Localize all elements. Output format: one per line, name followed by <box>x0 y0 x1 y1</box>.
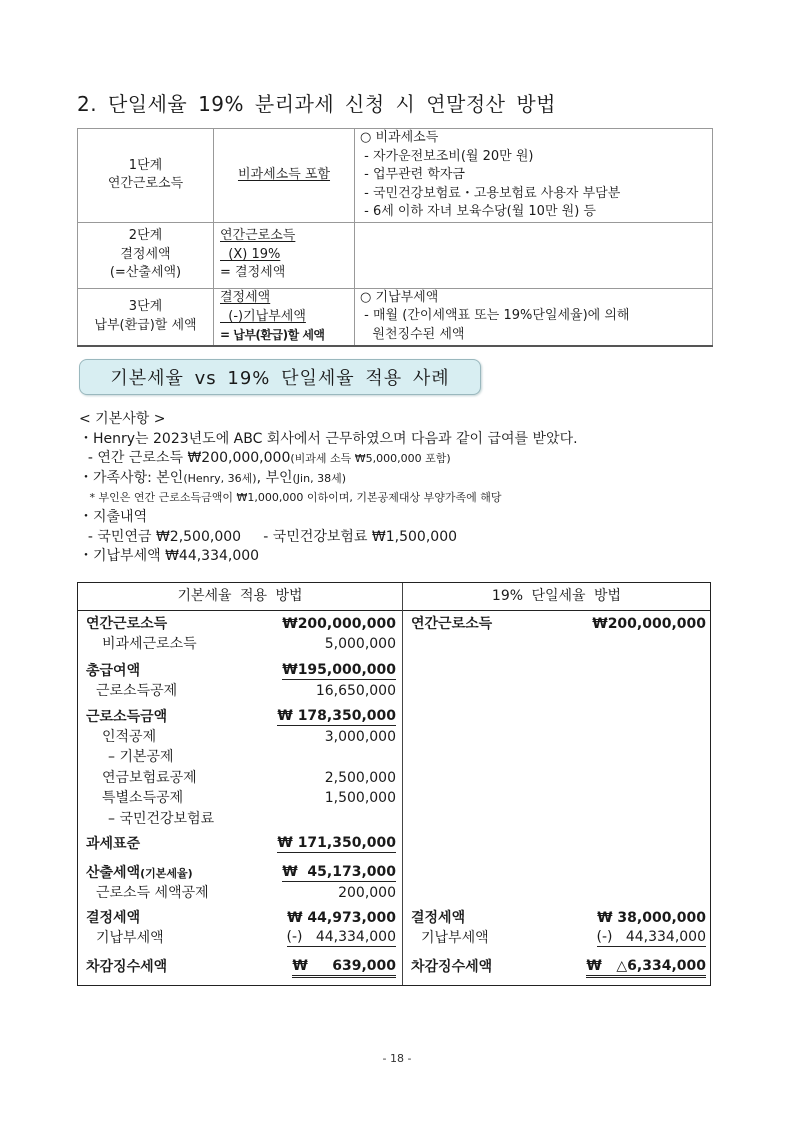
step-desc: 결정세액 <box>78 246 213 265</box>
row-value: ₩ 639,000 <box>292 957 396 978</box>
step-label: 1단계 <box>78 157 213 176</box>
step-desc: 납부(환급)할 세액 <box>78 317 213 336</box>
table-row: 연금보험료공제2,500,000 <box>86 768 396 788</box>
row-value: ₩200,000,000 <box>592 614 706 634</box>
formula-line: 결정세액 <box>220 290 270 305</box>
formula-line: 비과세소득 포함 <box>238 167 330 182</box>
steps-table: 1단계 연간근로소득 비과세소득 포함 ○ 비과세소득 - 자가운전보조비(월 … <box>77 128 713 347</box>
family-text: , 부인 <box>257 470 293 486</box>
label-note: (기본세율) <box>140 867 193 880</box>
table-row: – 국민건강보험료 <box>86 809 396 829</box>
formula-cell: 결정세액 (-)기납부세액 = 납부(환급)할 세액 <box>214 288 355 346</box>
row-label: 과세표준 <box>86 834 140 854</box>
formula-line: = 납부(환급)할 세액 <box>220 326 354 345</box>
table-row: 3단계 납부(환급)할 세액 결정세액 (-)기납부세액 = 납부(환급)할 세… <box>78 288 713 346</box>
table-row: 비과세근로소득5,000,000 <box>86 634 396 654</box>
row-label: 산출세액(기본세율) <box>86 863 193 884</box>
section-banner: 기본세율 vs 19% 단일세율 적용 사례 <box>79 359 481 395</box>
note-line: - 매월 (간이세액표 또는 19%단일세율)에 의해 <box>360 307 712 326</box>
row-label: 근로소득금액 <box>86 707 167 727</box>
row-label: 특별소득공제 <box>102 788 183 808</box>
table-row: 기납부세액(-) 44,334,000 <box>411 928 706 948</box>
label-main: 산출세액 <box>86 865 140 881</box>
table-row: 인적공제3,000,000 <box>86 727 396 747</box>
row-value: 2,500,000 <box>325 768 396 788</box>
facts-footnote: * 부인은 연간 근로소득금액이 ₩1,000,000 이하이며, 기본공제대상… <box>79 488 578 508</box>
row-value: (-) 44,334,000 <box>287 928 396 947</box>
facts-line: - 국민연금 ₩2,500,000 - 국민건강보험료 ₩1,500,000 <box>79 528 578 548</box>
note-line: 원천징수된 세액 <box>360 326 712 345</box>
table-row: 특별소득공제1,500,000 <box>86 788 396 808</box>
note-line: ○ 기납부세액 <box>360 289 712 308</box>
family-text: ・가족사항: 본인 <box>79 470 183 486</box>
row-label: 총급여액 <box>86 661 140 681</box>
table-row: 1단계 연간근로소득 비과세소득 포함 ○ 비과세소득 - 자가운전보조비(월 … <box>78 129 713 223</box>
row-label: 결정세액 <box>411 908 465 928</box>
formula-line: 연간근로소득 <box>220 228 295 243</box>
table-row: 근로소득공제16,650,000 <box>86 681 396 701</box>
note-line: - 업무관련 학자금 <box>360 166 712 185</box>
table-row: 근로소득금액₩ 178,350,000 <box>86 707 396 727</box>
table-row: 차감징수세액₩ 639,000 <box>86 957 396 977</box>
right-column-header: 19% 단일세율 방법 <box>403 583 710 611</box>
row-label: – 기본공제 <box>108 747 174 767</box>
formula-line: (-)기납부세액 <box>220 309 306 324</box>
facts-line: ・Henry는 2023년도에 ABC 회사에서 근무하였으며 다음과 같이 급… <box>79 430 578 450</box>
note-line: ○ 비과세소득 <box>360 129 712 148</box>
row-label: 연간근로소득 <box>86 614 167 634</box>
notes-cell: ○ 비과세소득 - 자가운전보조비(월 20만 원) - 업무관련 학자금 - … <box>355 129 713 223</box>
row-label: 인적공제 <box>102 727 156 747</box>
row-label: 비과세근로소득 <box>102 634 197 654</box>
formula-cell: 연간근로소득 (X) 19% = 결정세액 <box>214 222 355 288</box>
basic-facts: < 기본사항 > ・Henry는 2023년도에 ABC 회사에서 근무하였으며… <box>79 410 578 567</box>
row-value: 16,650,000 <box>316 681 396 701</box>
row-value: 3,000,000 <box>325 727 396 747</box>
facts-line: - 연간 근로소득 ₩200,000,000(비과세 소득 ₩5,000,000… <box>79 449 578 469</box>
row-value: 1,500,000 <box>325 788 396 808</box>
formula-cell: 비과세소득 포함 <box>214 129 355 223</box>
row-label: 연간근로소득 <box>411 614 492 634</box>
row-label: 기납부세액 <box>421 928 489 948</box>
formula-line: = 결정세액 <box>220 264 354 283</box>
row-label: 기납부세액 <box>96 928 164 948</box>
table-row: 총급여액₩195,000,000 <box>86 661 396 681</box>
row-value: ₩ 45,173,000 <box>282 863 396 882</box>
table-row: – 기본공제 <box>86 747 396 767</box>
step-cell: 3단계 납부(환급)할 세액 <box>78 288 214 346</box>
step-label: 3단계 <box>78 298 213 317</box>
row-value: ₩195,000,000 <box>282 661 396 680</box>
step-desc: 연간근로소득 <box>78 175 213 194</box>
column-divider <box>402 583 403 985</box>
table-row: 기납부세액(-) 44,334,000 <box>86 928 396 948</box>
note-line: - 자가운전보조비(월 20만 원) <box>360 148 712 167</box>
step-desc: (=산출세액) <box>78 264 213 283</box>
table-row: 차감징수세액₩ △6,334,000 <box>411 957 706 977</box>
facts-line: ・지출내역 <box>79 508 578 528</box>
facts-line: ・가족사항: 본인(Henry, 36세), 부인(Jin, 38세) <box>79 469 578 489</box>
row-value: ₩ 38,000,000 <box>597 908 706 928</box>
row-label: – 국민건강보험료 <box>108 809 214 829</box>
note-line: - 6세 이하 자녀 보육수당(월 10만 원) 등 <box>360 203 712 222</box>
table-row: 연간근로소득₩200,000,000 <box>86 614 396 634</box>
row-label: 결정세액 <box>86 908 140 928</box>
income-text: - 연간 근로소득 ₩200,000,000 <box>79 450 290 466</box>
page-title: 2. 단일세율 19% 분리과세 신청 시 연말정산 방법 <box>77 88 556 117</box>
table-row: 2단계 결정세액 (=산출세액) 연간근로소득 (X) 19% = 결정세액 <box>78 222 713 288</box>
row-value: 5,000,000 <box>325 634 396 654</box>
row-label: 근로소득공제 <box>96 681 177 701</box>
table-row: 결정세액₩ 38,000,000 <box>411 908 706 928</box>
step-cell: 1단계 연간근로소득 <box>78 129 214 223</box>
comparison-table: 기본세율 적용 방법 19% 단일세율 방법 연간근로소득₩200,000,00… <box>77 582 711 986</box>
step-cell: 2단계 결정세액 (=산출세액) <box>78 222 214 288</box>
formula-line: (X) 19% <box>220 247 280 262</box>
facts-line: ・기납부세액 ₩44,334,000 <box>79 547 578 567</box>
row-label: 차감징수세액 <box>86 957 167 977</box>
row-value: ₩ 171,350,000 <box>277 834 396 853</box>
page-number: - 18 - <box>0 1052 794 1065</box>
table-row: 결정세액₩ 44,973,000 <box>86 908 396 928</box>
table-row: 연간근로소득₩200,000,000 <box>411 614 706 634</box>
table-row: 근로소득 세액공제200,000 <box>86 883 396 903</box>
table-row: 과세표준₩ 171,350,000 <box>86 834 396 854</box>
step-label: 2단계 <box>78 227 213 246</box>
notes-cell <box>355 222 713 288</box>
row-value: ₩200,000,000 <box>282 614 396 634</box>
row-value: (-) 44,334,000 <box>597 928 706 947</box>
row-value: ₩ 178,350,000 <box>277 707 396 726</box>
income-note: (비과세 소득 ₩5,000,000 포함) <box>290 452 450 465</box>
row-value: 200,000 <box>338 883 396 903</box>
row-value: ₩ 44,973,000 <box>287 908 396 928</box>
row-label: 차감징수세액 <box>411 957 492 977</box>
row-label: 근로소득 세액공제 <box>96 883 209 903</box>
facts-heading: < 기본사항 > <box>79 410 578 430</box>
left-column-header: 기본세율 적용 방법 <box>78 583 403 611</box>
table-row: 산출세액(기본세율)₩ 45,173,000 <box>86 863 396 883</box>
row-value: ₩ △6,334,000 <box>586 957 706 978</box>
notes-cell: ○ 기납부세액 - 매월 (간이세액표 또는 19%단일세율)에 의해 원천징수… <box>355 288 713 346</box>
family-note: (Jin, 38세) <box>293 472 346 485</box>
family-note: (Henry, 36세) <box>183 472 256 485</box>
row-label: 연금보험료공제 <box>102 768 197 788</box>
note-line: - 국민건강보험료・고용보험료 사용자 부담분 <box>360 185 712 204</box>
